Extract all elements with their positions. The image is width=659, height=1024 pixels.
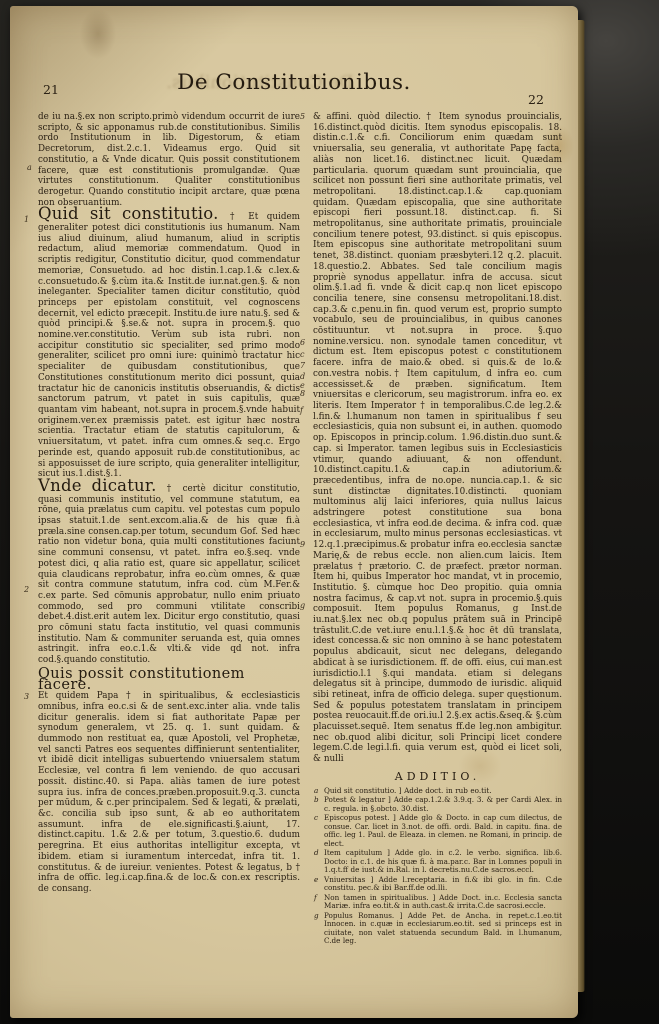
section-vnde-dicatur: Vnde dicatur. † certè dicitur constituti… <box>38 481 300 666</box>
margin-marker: 5 <box>300 112 305 121</box>
additio-item-text: Episcopus potest. ] Adde glo & Docto. in… <box>324 813 562 848</box>
section-heading-vnde-dicatur: Vnde dicatur. <box>38 476 160 495</box>
additio-item: g Populus Romanus. ] Adde Pet. de Ancha.… <box>313 912 562 946</box>
additio-item-label: g <box>314 912 319 921</box>
additio-item-label: f <box>314 894 317 903</box>
margin-marker: 6 <box>300 338 305 347</box>
additio-item-text: Item capitulum ] Adde glo. in c.2. le ve… <box>324 848 562 874</box>
section-body-vnde-dicatur: † certè dicitur constitutio, quasi commu… <box>38 484 300 665</box>
page-number-right: 22 <box>528 92 544 107</box>
margin-marker: c <box>300 350 304 359</box>
margin-marker: 7 <box>300 361 305 370</box>
additio-item-text: Vniuersitas ] Adde l.receptaria. in fi.&… <box>324 875 562 893</box>
margin-marker: f <box>300 406 303 415</box>
margin-marker: 8 <box>300 389 305 398</box>
margin-marker: g <box>300 601 305 610</box>
right-column: & affini. quòd dilectio. † Item synodus … <box>313 112 562 947</box>
section-body-quis-possit: Et quidem Papa † in spiritualibus, & ecc… <box>38 691 300 894</box>
additio-item-label: c <box>314 814 318 823</box>
margin-marker: d <box>300 372 305 381</box>
section-heading-quid-sit: Quid sit constitutio. <box>38 204 222 223</box>
additio-item-label: b <box>314 796 319 805</box>
margin-marker: 1 <box>24 215 29 224</box>
additio-item-label: e <box>314 876 318 885</box>
additio-item: e Vniuersitas ] Adde l.receptaria. in fi… <box>313 876 562 893</box>
additio-item-text: Potest & legatur ] Adde cap.1.2.& 3.9.q.… <box>324 795 562 813</box>
additio-item: f Non tamen in spiritualibus. ] Adde Doc… <box>313 894 562 911</box>
intro-paragraph: de iu na.§.ex non scripto.primò videndum… <box>38 112 300 208</box>
additio-item-text: Non tamen in spiritualibus. ] Adde Doct.… <box>324 893 562 911</box>
photo-background: De Constitutionibus. 21 De Constitutioni… <box>0 0 659 1024</box>
additio-item: b Potest & legatur ] Adde cap.1.2.& 3.9.… <box>313 796 562 813</box>
margin-marker: 2 <box>24 585 29 594</box>
continuation-paragraph: & affini. quòd dilectio. † Item synodus … <box>313 112 562 765</box>
section-quid-sit-constitutio: Quid sit constitutio. † Et quidem genera… <box>38 209 300 480</box>
left-column: de iu na.§.ex non scripto.primò videndum… <box>38 112 300 896</box>
running-title: De Constitutionibus. <box>10 70 578 95</box>
section-body-quid-sit: † Et quidem generaliter potest dici cons… <box>38 212 300 479</box>
section-heading-quis-possit: Quis possit constitutionem facere. <box>38 669 300 690</box>
additio-item-text: Populus Romanus. ] Adde Pet. de Ancha. i… <box>324 911 562 946</box>
margin-marker: a <box>27 163 32 172</box>
book-page: De Constitutionibus. 21 De Constitutioni… <box>10 6 578 1018</box>
margin-marker: 3 <box>24 692 29 701</box>
additio-item-label: d <box>314 849 319 858</box>
additio-item-text: Quid sit constitutio. ] Adde doct. in ru… <box>324 786 492 795</box>
additio-list: a Quid sit constitutio. ] Adde doct. in … <box>313 787 562 946</box>
additio-heading: ADDITIO. <box>313 772 562 783</box>
additio-item: d Item capitulum ] Adde glo. in c.2. le … <box>313 849 562 875</box>
margin-marker: 9 <box>300 540 305 549</box>
additio-item-label: a <box>314 787 318 796</box>
additio-item: c Episcopus potest. ] Adde glo & Docto. … <box>313 814 562 848</box>
additio-item: a Quid sit constitutio. ] Adde doct. in … <box>313 787 562 796</box>
